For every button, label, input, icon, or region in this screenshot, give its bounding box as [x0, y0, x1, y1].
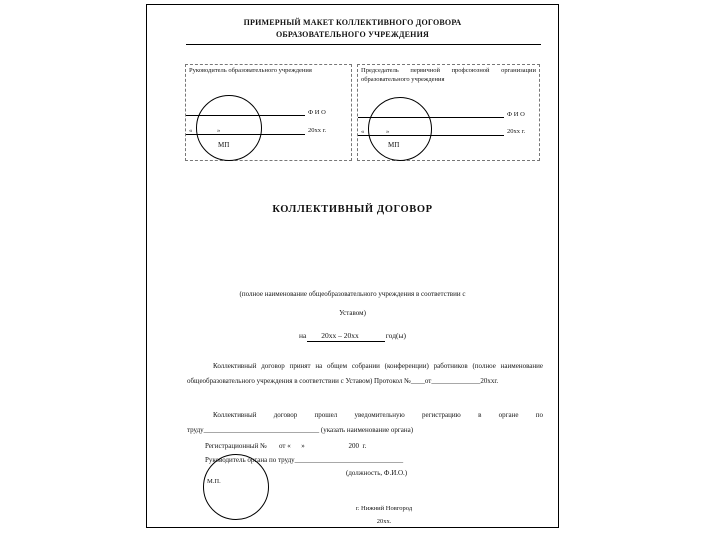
position-fio-note: (должность, Ф.И.О.): [346, 469, 407, 477]
fio-signature-line: [186, 115, 305, 116]
slide-canvas: ПРИМЕРНЫЙ МАКЕТ КОЛЛЕКТИВНОГО ДОГОВОРА О…: [0, 0, 720, 540]
footer-city: г. Нижний Новгород: [284, 502, 484, 515]
quote-open: «: [361, 128, 364, 135]
signature-box-union-chair: Председатель первичной профсоюзной орган…: [357, 64, 540, 161]
paragraph-registered: Коллективный договор прошел уведомительн…: [187, 408, 543, 437]
stamp-circle-labor-authority: [203, 454, 269, 520]
document-header: ПРИМЕРНЫЙ МАКЕТ КОЛЛЕКТИВНОГО ДОГОВОРА О…: [147, 17, 558, 41]
document-page: ПРИМЕРНЫЙ МАКЕТ КОЛЛЕКТИВНОГО ДОГОВОРА О…: [146, 4, 559, 528]
stamp-circle-director: [196, 95, 262, 161]
date-line: [186, 134, 305, 135]
quote-open: «: [189, 127, 192, 134]
signature-box-director: Руководитель образовательного учреждения…: [185, 64, 352, 161]
stamp-circle-union-chair: [368, 97, 432, 161]
stamp-abbrev: МП: [388, 141, 399, 149]
paragraph-adopted: Коллективный договор принят на общем соб…: [187, 359, 543, 388]
period-prefix: на: [299, 331, 306, 340]
stamp-abbrev: М.П.: [207, 478, 221, 485]
institution-name-note-line1: (полное наименование общеобразовательног…: [175, 285, 530, 304]
institution-name-note: (полное наименование общеобразовательног…: [175, 285, 530, 323]
header-underline: [186, 44, 541, 45]
fio-label: Ф И О: [308, 109, 326, 116]
quote-close: »: [386, 128, 389, 135]
year-label: 20хх г.: [507, 128, 525, 135]
document-title: КОЛЛЕКТИВНЫЙ ДОГОВОР: [147, 204, 558, 215]
period-value: 20хх – 20хх: [307, 331, 385, 342]
date-line: [358, 135, 504, 136]
period-suffix: год(ы): [386, 331, 406, 340]
registration-number-line: Регистрационный № от « » 200 г.: [205, 442, 366, 450]
signature-heading-union-chair: Председатель первичной профсоюзной орган…: [361, 67, 536, 84]
header-title-line2: ОБРАЗОВАТЕЛЬНОГО УЧРЕЖДЕНИЯ: [147, 29, 558, 41]
footer-year: 20хх.: [284, 515, 484, 528]
signature-heading-director: Руководитель образовательного учреждения: [189, 67, 348, 76]
year-label: 20хх г.: [308, 127, 326, 134]
fio-label: Ф И О: [507, 111, 525, 118]
institution-name-note-line2: Уставом): [175, 304, 530, 323]
agreement-period-line: на20хх – 20ххгод(ы): [147, 331, 558, 342]
stamp-abbrev: МП: [218, 141, 229, 149]
document-footer: г. Нижний Новгород 20хх.: [284, 502, 484, 528]
quote-close: »: [217, 127, 220, 134]
fio-signature-line: [358, 117, 504, 118]
header-title-line1: ПРИМЕРНЫЙ МАКЕТ КОЛЛЕКТИВНОГО ДОГОВОРА: [147, 17, 558, 29]
